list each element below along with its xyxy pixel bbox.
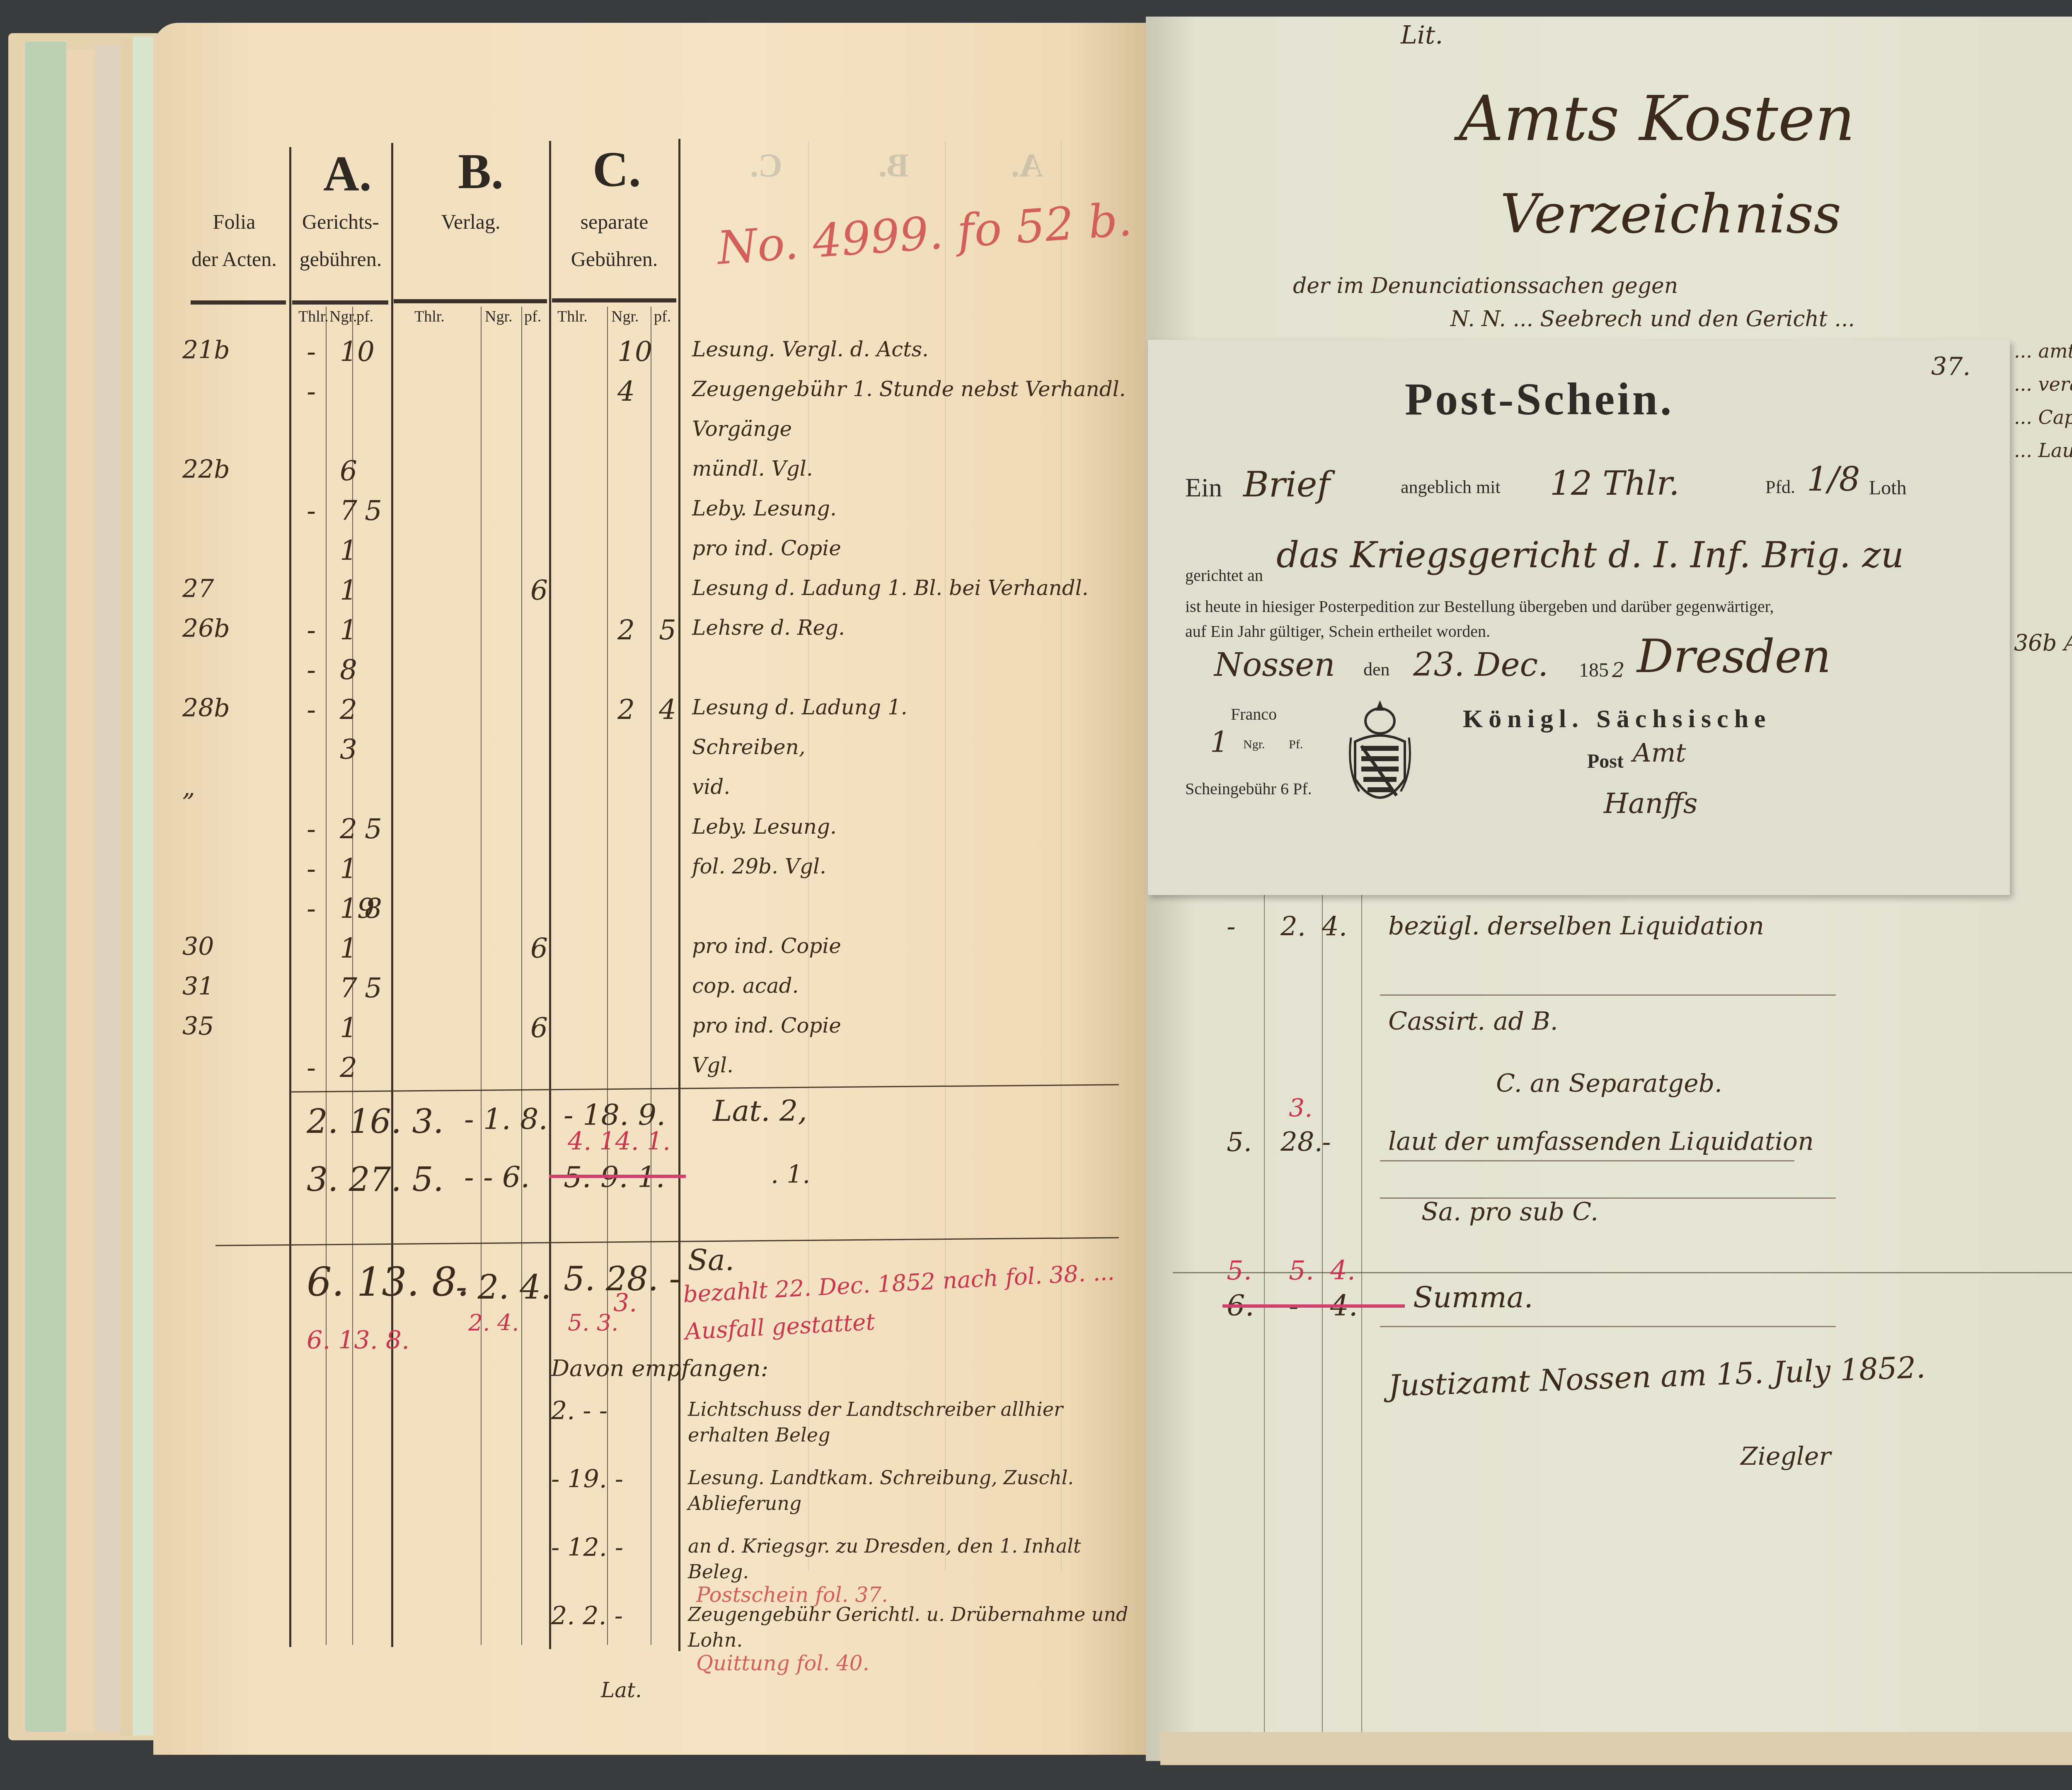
table-row: 1pro ind. Copie (182, 530, 1135, 570)
cell-b-pf: 6 (530, 574, 548, 606)
cell-a-thlr: - (307, 893, 316, 924)
unit-pf-b: pf. (524, 307, 541, 326)
authority-line1: Königl. Sächsische (1463, 704, 1772, 734)
entry-text: laut der umfassenden Liquidation (1388, 1127, 1814, 1156)
title-verzeichniss: Verzeichniss (1500, 182, 1841, 245)
margin-note: ... Cap. (2014, 406, 2072, 428)
entry-pf: - (1322, 1127, 1331, 1158)
cell-a-ngr: 1 (340, 574, 357, 606)
entry-ngr: 28. (1280, 1127, 1323, 1158)
row-description: pro ind. Copie (692, 1014, 841, 1038)
row-description: Lesung. Vergl. d. Acts. (692, 337, 929, 361)
total-red-c: 5. 3. (568, 1309, 618, 1336)
entry-ngr: 2. (1280, 912, 1306, 942)
franco-label: Franco (1231, 704, 1277, 724)
header-underline (552, 298, 676, 302)
table-row: 26b-125Lehsre d. Reg. (182, 610, 1135, 650)
row-description: Leby. Lesung. (692, 496, 837, 520)
year-written: 2 (1612, 659, 1625, 682)
table-row: -198 (182, 888, 1135, 928)
column-header-folia: Folia der Acten. (182, 203, 286, 278)
payment-row: 2. - -Lichtschuss der Landtschreiber all… (522, 1396, 1144, 1465)
mirror-header-b: B. (879, 147, 909, 185)
cell-a-ngr: 2 (340, 1052, 357, 1084)
subtotal-a-1: 2. 16. 3. (307, 1102, 444, 1141)
row-description: Zeugengebühr 1. Stunde nebst Verhandl. (692, 377, 1126, 401)
entry-text: bezügl. derselben Liquidation (1388, 912, 1764, 941)
column-header-verlag: Verlag. (393, 203, 549, 240)
margin-note: 36b Act. (2014, 630, 2072, 656)
column-letter-a: A. (323, 145, 372, 202)
unit-thlr-b: Thlr. (414, 307, 445, 326)
payment-amount: - 12. - (551, 1533, 623, 1562)
cell-a-thlr: - (307, 336, 316, 368)
cell-a-ngr: 1 (340, 614, 357, 646)
bottom-mark: Lat. (601, 1678, 642, 1702)
summa-red-pf: 4. (1330, 1255, 1356, 1286)
authority-post-label: Post (1587, 750, 1624, 773)
margin-note-37: 37. (1931, 352, 1970, 381)
book-edge-sheet (95, 46, 120, 1732)
payments-label: Davon empfangen: (551, 1355, 768, 1381)
cell-c-ngr: 4 (617, 375, 635, 407)
summa-red-ngr: 5. (1289, 1255, 1314, 1286)
table-row: Vorgänge (182, 411, 1135, 451)
payment-row: - 19. -Lesung. Landtkam. Schreibung, Zus… (522, 1465, 1144, 1533)
entry-divider (1380, 994, 1836, 996)
table-row: 3516pro ind. Copie (182, 1008, 1135, 1047)
cell-folio: 22b (182, 455, 230, 484)
unit-pf-c: pf. (654, 307, 671, 326)
cell-a-thlr: - (307, 853, 316, 885)
strike-line-red (549, 1175, 686, 1178)
cell-a-thlr: - (307, 495, 316, 527)
column-header-gerichtsgebuehren: Gerichts- gebühren. (290, 203, 391, 278)
cell-a-ngr: 7 (340, 972, 357, 1004)
table-row: 22b6mündl. Vgl. (182, 451, 1135, 491)
cell-folio: „ (182, 773, 195, 802)
item-value: Brief (1243, 464, 1330, 505)
subtotal-b-1: - 1. 8. (464, 1102, 548, 1136)
subtotal-a-2: 3. 27. 5. (307, 1160, 444, 1199)
header-underline (292, 300, 388, 305)
cell-c-pf: 5 (659, 614, 676, 646)
cell-a-thlr: - (307, 614, 316, 646)
subtotal-b-2: - - 6. (464, 1160, 530, 1194)
cell-b-pf: 6 (530, 1012, 548, 1044)
entry-divider (1380, 1197, 1836, 1199)
payment-text: Lesung. Landtkam. Schreibung, Zuschl. Ab… (688, 1465, 1135, 1516)
table-row: „vid. (182, 769, 1135, 809)
cell-folio: 30 (182, 932, 214, 961)
row-description: Schreiben, (692, 735, 806, 759)
post-schein-item-line: Ein Brief angeblich mit 12 Thlr. Pfd. 1/… (1185, 464, 1993, 514)
cell-c-ngr: 10 (617, 336, 652, 368)
unit-ngr-a: Ngr. (329, 307, 357, 326)
payment-row: 2. 2. -Zeugengebühr Gerichtl. u. Drübern… (522, 1601, 1144, 1670)
unit-pf-a: pf. (356, 307, 373, 326)
cost-entry: Sa. pro sub C. (1173, 1197, 2072, 1255)
weight-value: 1/8 (1807, 460, 1860, 498)
addressee: das Kriegsgericht d. I. Inf. Brig. zu (1276, 535, 1904, 576)
post-schein-body-2: auf Ein Jahr gültiger, Schein ertheilet … (1185, 622, 1490, 641)
header-underline (191, 300, 286, 305)
row-description: cop. acad. (692, 974, 799, 998)
clerk-signature: Hanffs (1604, 787, 1698, 820)
subtitle-line2: N. N. ... Seebrech und den Gericht ... (1450, 307, 1855, 331)
cell-a-ngr: 8 (340, 654, 357, 686)
post-schein-body-1: ist heute in hiesiger Posterpedition zur… (1185, 597, 1774, 616)
gerichtet-an-label: gerichtet an (1185, 566, 1263, 585)
summa-label: Summa. (1413, 1280, 1533, 1314)
summa-red-thlr: 5. (1227, 1255, 1252, 1286)
cell-folio: 26b (182, 614, 230, 643)
ein-label: Ein (1185, 472, 1222, 503)
table-row: -75Leby. Lesung. (182, 491, 1135, 530)
table-row: -8 (182, 650, 1135, 689)
header-underline (394, 299, 547, 303)
cell-c-pf: 4 (659, 694, 676, 726)
payment-row: - 12. -an d. Kriegsgr. zu Dresden, den 1… (522, 1533, 1144, 1601)
declared-value: 12 Thlr. (1550, 464, 1680, 503)
row-description: Vorgänge (692, 417, 792, 441)
angeblich-label: angeblich mit (1401, 477, 1501, 498)
cell-a-ngr: 3 (340, 733, 357, 765)
cell-c-ngr: 2 (617, 614, 635, 646)
row-description: Leby. Lesung. (692, 815, 837, 839)
table-row: 3Schreiben, (182, 729, 1135, 769)
row-description: fol. 29b. Vgl. (692, 854, 826, 878)
cost-entry: Cassirt. ad B. (1173, 1007, 2072, 1065)
margin-note: ... veranlaßt, (2014, 373, 2072, 395)
table-row: 3016pro ind. Copie (182, 928, 1135, 968)
unit-thlr-a: Thlr. (298, 307, 329, 326)
column-letter-b: B. (458, 143, 503, 200)
cell-a-ngr: 1 (340, 932, 357, 964)
payment-amount: 2. 2. - (551, 1601, 623, 1630)
row-description: Lesung d. Ladung 1. (692, 695, 908, 719)
margin-note: ... Laurgemeindes (2014, 439, 2072, 462)
book-edge-sheet (66, 50, 95, 1732)
scheingebuehr-label: Scheingebühr 6 Pf. (1185, 779, 1312, 798)
cost-entry: -2.4.bezügl. derselben Liquidation (1173, 912, 2072, 970)
cell-a-ngr: 1 (340, 1012, 357, 1044)
subtotal-c-1-red: 4. 14. 1. (568, 1127, 670, 1156)
subtotal-text-2: . 1. (771, 1160, 810, 1189)
table-row: -4Zeugengebühr 1. Stunde nebst Verhandl. (182, 371, 1135, 411)
column-header-separate-gebuehren: separate Gebühren. (551, 203, 678, 278)
payment-red-note: Quittung fol. 40. (696, 1651, 869, 1675)
payment-text: an d. Kriegsgr. zu Dresden, den 1. Inhal… (688, 1533, 1135, 1584)
den-label: den (1363, 659, 1390, 680)
column-letter-c: C. (593, 141, 641, 198)
table-row: 2716Lesung d. Ladung 1. Bl. bei Verhandl… (182, 570, 1135, 610)
cell-a-pf: 5 (365, 813, 382, 845)
cell-a-pf: 8 (365, 893, 382, 924)
year-printed: 185 (1579, 659, 1609, 682)
payment-amount: - 19. - (551, 1465, 623, 1494)
row-description: Vgl. (692, 1053, 733, 1077)
cost-entry: 5.28.-3.laut der umfassenden Liquidation (1173, 1127, 2072, 1185)
cell-a-thlr: - (307, 654, 316, 686)
cell-a-thlr: - (307, 813, 316, 845)
unit-ngr-b: Ngr. (485, 307, 513, 326)
entry-text: Cassirt. ad B. (1388, 1007, 1558, 1036)
cell-a-ngr: 10 (340, 336, 375, 368)
row-description: mündl. Vgl. (692, 457, 813, 481)
cell-a-thlr: - (307, 375, 316, 407)
entry-divider (1380, 1326, 1836, 1327)
subtitle-line1: der im Denunciationssachen gegen (1293, 273, 1678, 298)
row-description: pro ind. Copie (692, 536, 841, 560)
cell-a-ngr: 2 (340, 694, 357, 726)
mirror-header-c: C. (750, 147, 782, 185)
cell-folio: 27 (182, 574, 214, 603)
entry-text: C. an Separatgeb. (1496, 1069, 1722, 1098)
cell-a-ngr: 1 (340, 853, 357, 885)
cell-a-ngr: 7 (340, 495, 357, 527)
place: Nossen (1214, 646, 1335, 684)
destination: Dresden (1637, 630, 1831, 683)
cell-a-pf: 5 (365, 495, 382, 527)
cell-a-thlr: - (307, 694, 316, 726)
pfd-label: Pfd. (1765, 477, 1795, 498)
payment-text: Lichtschuss der Landtschreiber allhier e… (688, 1396, 1135, 1448)
cell-a-ngr: 2 (340, 813, 357, 845)
entry-thlr: - (1227, 912, 1236, 942)
entry-pf: 4. (1322, 912, 1347, 942)
payment-text: Zeugengebühr Gerichtl. u. Drübernahme un… (688, 1601, 1135, 1653)
row-description: pro ind. Copie (692, 934, 841, 958)
payment-amount: 2. - - (551, 1396, 608, 1425)
cell-a-ngr: 6 (340, 455, 357, 487)
franco-value: 1 (1210, 725, 1229, 759)
table-row: -1fol. 29b. Vgl. (182, 849, 1135, 888)
cell-a-pf: 5 (365, 972, 382, 1004)
title-amts-kosten: Amts Kosten (1459, 83, 1855, 155)
entry-text: Sa. pro sub C. (1421, 1197, 1598, 1226)
total-red-b: 2. 4. (468, 1309, 519, 1336)
summa-strike-red (1222, 1304, 1405, 1308)
mirror-header-a: A. (1011, 147, 1043, 185)
book-edge-green-sheet (25, 41, 66, 1732)
cell-folio: 31 (182, 972, 214, 1001)
franco-unit-pf: Pf. (1289, 738, 1303, 752)
cell-b-pf: 6 (530, 932, 548, 964)
unit-thlr-c: Thlr. (557, 307, 588, 326)
date: 23. Dec. (1413, 646, 1548, 684)
post-schein-title: Post-Schein. (1405, 373, 1674, 426)
table-row: 21b-1010Lesung. Vergl. d. Acts. (182, 331, 1135, 371)
subtotal-text-1: Lat. 2, (713, 1094, 807, 1128)
unit-ngr-c: Ngr. (611, 307, 639, 326)
book-edge-sheet (120, 37, 133, 1736)
page-bottom-edge (1160, 1732, 2072, 1765)
total-red-a: 6. 13. 8. (307, 1326, 409, 1355)
cell-c-ngr: 2 (617, 694, 635, 726)
table-row: 28b-224Lesung d. Ladung 1. (182, 689, 1135, 729)
row-description: Lehsre d. Reg. (692, 616, 845, 640)
book-edge-mint-sheet (133, 36, 153, 1735)
post-schein-receipt: Post-Schein. Ein Brief angeblich mit 12 … (1148, 340, 2010, 895)
loth-label: Loth (1869, 477, 1907, 499)
row-description: vid. (692, 775, 730, 799)
cell-a-thlr: - (307, 1052, 316, 1084)
total-b: - 2. 4. (456, 1268, 552, 1306)
entry-thlr: 5. (1227, 1127, 1252, 1158)
signature: Ziegler (1740, 1442, 1831, 1471)
saxony-coat-of-arms-icon (1339, 696, 1421, 820)
row-description: Lesung d. Ladung 1. Bl. bei Verhandl. (692, 576, 1089, 600)
cell-folio: 35 (182, 1012, 214, 1041)
cell-folio: 28b (182, 694, 230, 723)
entry-divider (1380, 1160, 1794, 1161)
margin-note: ... amtlichen, (2014, 340, 2072, 362)
table-row: -25Leby. Lesung. (182, 809, 1135, 849)
table-row: -2Vgl. (182, 1047, 1135, 1087)
total-label: Sa. (688, 1243, 734, 1277)
folio-mark: Lit. (1401, 21, 1443, 50)
entry-ngr-red-correction: 3. (1289, 1094, 1312, 1123)
cell-folio: 21b (182, 336, 230, 365)
table-row: 3175cop. acad. (182, 968, 1135, 1008)
franco-unit-ngr: Ngr. (1243, 738, 1265, 752)
cell-a-ngr: 1 (340, 535, 357, 566)
authority-amt-written: Amt (1633, 738, 1686, 768)
total-a: 6. 13. 8. (307, 1260, 470, 1305)
